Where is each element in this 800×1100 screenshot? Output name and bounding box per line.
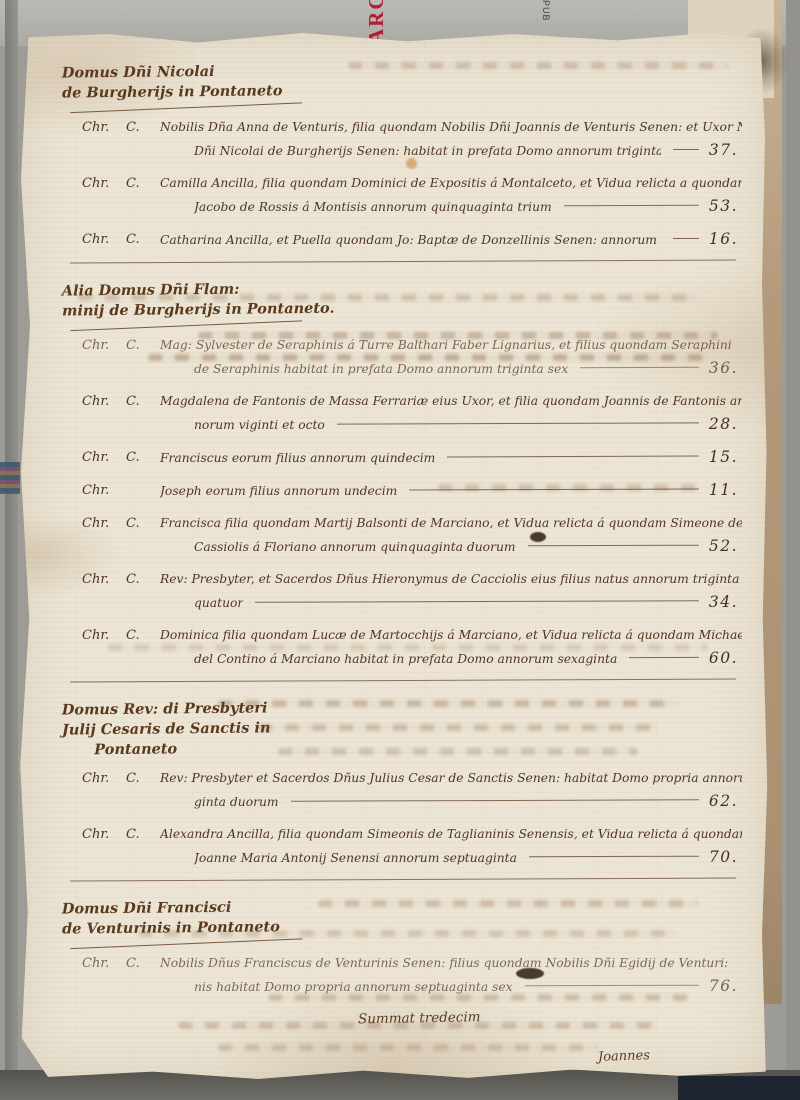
entry-row: Chr.C.Nobilis Dña Anna de Venturis, fili… (60, 116, 742, 163)
entry-line: Dñi Nicolai de Burgherijs Senen: habitat… (160, 139, 742, 163)
entry-marks: Chr.C. (82, 952, 160, 999)
entry-line: nis habitat Domo propria annorum septuag… (160, 975, 742, 999)
entry-row: Chr.C.Camilla Ancilla, filia quondam Dom… (60, 172, 742, 219)
c-mark: C. (126, 767, 156, 814)
entry-line: quatuor34. (160, 591, 742, 615)
entry-text: Joanne Maria Antonij Senensi annorum sep… (194, 847, 517, 870)
entry-marks: Chr. (82, 479, 160, 503)
entry-line: ginta duorum62. (160, 790, 742, 814)
chr-mark: Chr. (82, 952, 126, 999)
section-header: Domus Rev: di PresbyteriJulij Cesaris de… (62, 693, 743, 760)
age-value: 60. (709, 647, 738, 670)
c-mark: C. (126, 446, 156, 470)
entry-marks: Chr.C. (82, 446, 160, 470)
entry-body: Joseph eorum filius annorum undecim11. (160, 479, 742, 503)
entry-line: de Seraphinis habitat in prefata Domo an… (160, 357, 742, 381)
age-value: 37. (709, 139, 738, 162)
age-value: 52. (709, 535, 738, 558)
entry-row: Chr.C.Rev: Presbyter et Sacerdos Dñus Ju… (60, 767, 742, 814)
entry-line: norum viginti et octo28. (160, 413, 742, 437)
section-header: Alia Domus Dñi Flam:minij de Burgherijs … (62, 274, 742, 327)
entry-marks: Chr.C. (82, 390, 160, 437)
c-mark: C. (126, 390, 156, 437)
entry-text: de Seraphinis habitat in prefata Domo an… (194, 358, 568, 381)
entry-line: del Contino á Marciano habitat in prefat… (160, 647, 742, 671)
backing-left-shadow-band (5, 0, 18, 1100)
entry-rule (673, 149, 699, 150)
age-value: 36. (709, 357, 738, 380)
age-value: 34. (709, 591, 738, 614)
household-sections: Domus Dñi Nicolaide Burgherijs in Pontan… (60, 60, 742, 999)
entry-text: ginta duorum (194, 791, 279, 814)
section-header: Domus Dñi Nicolaide Burgherijs in Pontan… (62, 56, 742, 109)
age-value: 16. (709, 228, 738, 251)
entry-text: Rev: Presbyter et Sacerdos Dñus Julius C… (160, 767, 742, 790)
entry-rule (525, 985, 699, 987)
entry-text: Nobilis Dñus Franciscus de Venturinis Se… (160, 952, 728, 975)
entry-line: Rev: Presbyter et Sacerdos Dñus Julius C… (160, 767, 742, 790)
entry-row: Chr.C.Mag: Sylvester de Seraphinis á Tur… (60, 334, 742, 381)
entry-row: Chr.C.Francisca filia quondam Martij Bal… (60, 512, 742, 559)
household-section: Domus Rev: di PresbyteriJulij Cesaris de… (60, 697, 742, 870)
chr-mark: Chr. (82, 823, 126, 870)
c-mark: C. (126, 512, 156, 559)
entry-marks: Chr.C. (82, 624, 160, 671)
header-underline (70, 102, 302, 113)
entry-text: Alexandra Ancilla, filia quondam Simeoni… (160, 823, 742, 846)
c-mark: C. (126, 624, 156, 671)
entry-marks: Chr.C. (82, 823, 160, 870)
entry-line: Mag: Sylvester de Seraphinis á Turre Bal… (160, 334, 742, 357)
summary-line: Summat tredecim (358, 1005, 742, 1028)
entry-row: Chr.C.Alexandra Ancilla, filia quondam S… (60, 823, 742, 870)
entry-rule (529, 856, 699, 858)
entry-text: nis habitat Domo propria annorum septuag… (194, 976, 513, 999)
header-underline (70, 320, 302, 331)
entry-row: Chr.C.Nobilis Dñus Franciscus de Venturi… (60, 952, 742, 999)
entry-line: Jacobo de Rossis á Montisis annorum quin… (160, 195, 742, 219)
entry-text: Dominica filia quondam Lucæ de Martocchi… (160, 624, 742, 647)
manuscript-page: Domus Dñi Nicolaide Burgherijs in Pontan… (18, 32, 768, 1080)
backing-right-edge (786, 0, 800, 1100)
entry-rule (447, 456, 699, 458)
entry-row: Chr.C.Dominica filia quondam Lucæ de Mar… (60, 624, 742, 671)
household-section: Domus Dñi Franciscide Venturinis in Pont… (60, 896, 742, 999)
entry-line: Joseph eorum filius annorum undecim11. (160, 479, 742, 503)
entry-rule (564, 205, 699, 206)
chr-mark: Chr. (82, 116, 126, 163)
entry-rule (291, 799, 699, 801)
entry-marks: Chr.C. (82, 334, 160, 381)
chr-mark: Chr. (82, 568, 126, 615)
entry-text: Nobilis Dña Anna de Venturis, filia quon… (160, 116, 742, 139)
entry-row: Chr.C.Magdalena de Fantonis de Massa Fer… (60, 390, 742, 437)
chr-mark: Chr. (82, 390, 126, 437)
chr-mark: Chr. (82, 479, 126, 503)
entry-body: Catharina Ancilla, et Puella quondam Jo:… (160, 228, 742, 252)
entry-body: Nobilis Dñus Franciscus de Venturinis Se… (160, 952, 742, 999)
age-value: 11. (709, 479, 738, 502)
entry-line: Dominica filia quondam Lucæ de Martocchi… (160, 624, 742, 647)
section-divider (70, 679, 736, 683)
age-value: 15. (709, 446, 738, 469)
entry-text: Jacobo de Rossis á Montisis annorum quin… (194, 196, 552, 219)
entry-text: Magdalena de Fantonis de Massa Ferrariæ … (160, 390, 742, 413)
entry-line: Rev: Presbyter, et Sacerdos Dñus Hierony… (160, 568, 742, 591)
entry-rule (673, 238, 699, 239)
entry-body: Rev: Presbyter et Sacerdos Dñus Julius C… (160, 767, 742, 814)
c-mark: C. (126, 568, 156, 615)
c-mark: C. (126, 823, 156, 870)
c-mark: C. (126, 116, 156, 163)
entry-line: Catharina Ancilla, et Puella quondam Jo:… (160, 228, 742, 252)
entry-text: Camilla Ancilla, filia quondam Dominici … (160, 172, 742, 195)
age-value: 53. (709, 195, 738, 218)
section-divider (70, 260, 736, 264)
entry-line: Franciscus eorum filius annorum quindeci… (160, 446, 742, 470)
entry-body: Nobilis Dña Anna de Venturis, filia quon… (160, 116, 742, 163)
c-mark: C. (126, 952, 156, 999)
chr-mark: Chr. (82, 446, 126, 470)
entry-text: Franciscus eorum filius annorum quindeci… (160, 447, 435, 470)
entry-marks: Chr.C. (82, 172, 160, 219)
chr-mark: Chr. (82, 624, 126, 671)
entry-marks: Chr.C. (82, 116, 160, 163)
entry-text: Cassiolis á Floriano annorum quinquagint… (194, 536, 516, 559)
entry-rule (528, 545, 699, 547)
entry-text: Catharina Ancilla, et Puella quondam Jo:… (160, 229, 661, 252)
entry-body: Mag: Sylvester de Seraphinis á Turre Bal… (160, 334, 742, 381)
left-edge-colored-sliver (0, 462, 20, 494)
entry-body: Magdalena de Fantonis de Massa Ferrariæ … (160, 390, 742, 437)
entry-line: Camilla Ancilla, filia quondam Dominici … (160, 172, 742, 195)
section-divider (70, 878, 736, 882)
c-mark: C. (126, 334, 156, 381)
entry-rule (580, 367, 699, 368)
entry-marks: Chr.C. (82, 767, 160, 814)
household-section: Domus Dñi Nicolaide Burgherijs in Pontan… (60, 60, 742, 252)
age-value: 70. (709, 846, 738, 869)
entry-body: Camilla Ancilla, filia quondam Dominici … (160, 172, 742, 219)
entry-text: Mag: Sylvester de Seraphinis á Turre Bal… (160, 334, 732, 357)
entry-rule (629, 657, 699, 658)
section-header: Domus Dñi Franciscide Venturinis in Pont… (62, 892, 742, 945)
header-underline (70, 938, 302, 949)
age-value: 76. (709, 975, 738, 998)
entry-rule (337, 422, 699, 424)
entry-text: del Contino á Marciano habitat in prefat… (194, 648, 617, 671)
entry-line: Magdalena de Fantonis de Massa Ferrariæ … (160, 390, 742, 413)
entry-text: Rev: Presbyter, et Sacerdos Dñus Hierony… (160, 568, 739, 591)
entry-row: Chr.C.Franciscus eorum filius annorum qu… (60, 446, 742, 470)
entry-body: Francisca filia quondam Martij Balsonti … (160, 512, 742, 559)
entry-marks: Chr.C. (82, 568, 160, 615)
bottom-right-dark-strip (678, 1076, 800, 1100)
chr-mark: Chr. (82, 334, 126, 381)
entry-text: norum viginti et octo (194, 414, 325, 437)
entry-body: Franciscus eorum filius annorum quindeci… (160, 446, 742, 470)
entry-rule (409, 488, 699, 490)
entry-body: Dominica filia quondam Lucæ de Martocchi… (160, 624, 742, 671)
entry-line: Cassiolis á Floriano annorum quinquagint… (160, 535, 742, 559)
entry-row: Chr.C.Rev: Presbyter, et Sacerdos Dñus H… (60, 568, 742, 615)
chr-mark: Chr. (82, 767, 126, 814)
entry-line: Nobilis Dña Anna de Venturis, filia quon… (160, 116, 742, 139)
catchword: Joannes (598, 1048, 650, 1065)
chr-mark: Chr. (82, 228, 126, 252)
chr-mark: Chr. (82, 172, 126, 219)
c-mark: C. (126, 172, 156, 219)
entry-body: Rev: Presbyter, et Sacerdos Dñus Hierony… (160, 568, 742, 615)
age-value: 62. (709, 790, 738, 813)
entry-line: Joanne Maria Antonij Senensi annorum sep… (160, 846, 742, 870)
entry-text: Francisca filia quondam Martij Balsonti … (160, 512, 742, 535)
entry-line: Alexandra Ancilla, filia quondam Simeoni… (160, 823, 742, 846)
red-stamp-text: ARC (364, 0, 389, 44)
entry-text: Dñi Nicolai de Burgherijs Senen: habitat… (194, 140, 661, 163)
age-value: 28. (709, 413, 738, 436)
entry-row: Chr.Joseph eorum filius annorum undecim1… (60, 479, 742, 503)
page-content: Domus Dñi Nicolaide Burgherijs in Pontan… (18, 32, 768, 1080)
chr-mark: Chr. (82, 512, 126, 559)
entry-marks: Chr.C. (82, 228, 160, 252)
entry-marks: Chr.C. (82, 512, 160, 559)
entry-row: Chr.C.Catharina Ancilla, et Puella quond… (60, 228, 742, 252)
c-mark (126, 479, 156, 503)
entry-body: Alexandra Ancilla, filia quondam Simeoni… (160, 823, 742, 870)
entry-line: Nobilis Dñus Franciscus de Venturinis Se… (160, 952, 742, 975)
household-section: Alia Domus Dñi Flam:minij de Burgherijs … (60, 278, 742, 671)
entry-line: Francisca filia quondam Martij Balsonti … (160, 512, 742, 535)
entry-rule (255, 600, 699, 603)
entry-text: Joseph eorum filius annorum undecim (160, 480, 397, 503)
c-mark: C. (126, 228, 156, 252)
entry-text: quatuor (194, 592, 243, 615)
